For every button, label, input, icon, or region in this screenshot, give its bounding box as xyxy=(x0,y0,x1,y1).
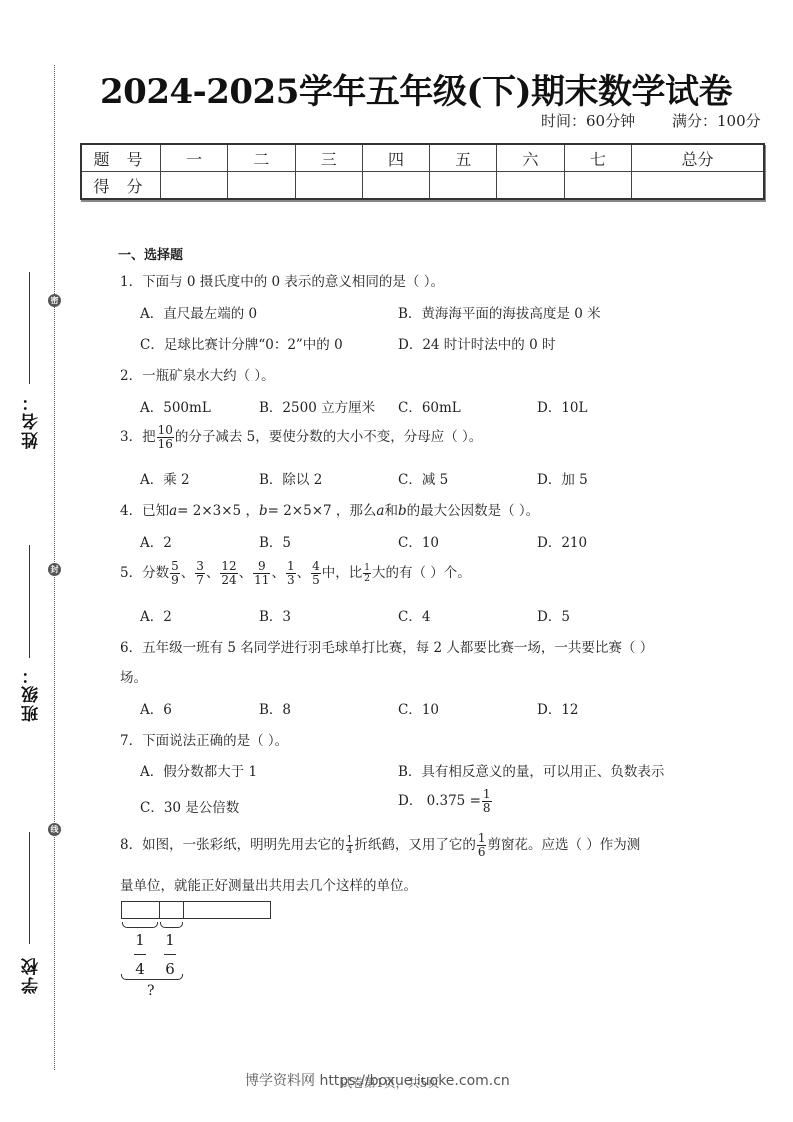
col-header-2: 二 xyxy=(228,144,295,172)
numerator: 1 xyxy=(135,931,145,949)
numerator: 5 xyxy=(170,560,180,574)
question-1-option-b: B．黄海海平面的海拔高度是 0 米 xyxy=(398,302,601,322)
question-3-option-b: B．除以 2 xyxy=(259,468,322,488)
fraction: 911 xyxy=(253,560,270,587)
fraction: 12 xyxy=(363,563,371,584)
row-label-score: 得 分 xyxy=(81,172,161,200)
strip-divider xyxy=(183,902,184,918)
seal-mi-icon: 密 xyxy=(48,294,61,307)
exam-time: 时间：60分钟 xyxy=(541,110,635,131)
brace-quarter xyxy=(122,922,158,928)
score-cell-2[interactable] xyxy=(228,172,295,200)
text: 和 xyxy=(384,503,398,519)
fraction-bar xyxy=(164,954,176,955)
denominator: 16 xyxy=(157,438,174,451)
question-5-option-c: C．4 xyxy=(398,605,430,625)
numerator: 1 xyxy=(477,832,487,846)
col-header-5: 五 xyxy=(430,144,497,172)
question-3-stem-post: 的分子减去 5，要使分数的大小不变，分母应（ ）。 xyxy=(175,429,482,445)
col-header-1: 一 xyxy=(161,144,228,172)
question-7-option-a: A．假分数都大于 1 xyxy=(140,760,257,780)
page-number: 试卷第1页，共5页 xyxy=(340,1074,439,1091)
denominator: 2 xyxy=(363,574,371,584)
numerator: 12 xyxy=(220,560,237,574)
question-4-stem: 4．已知a= 2×3×5 ，b= 2×5×7 ，那么a和b的最大公因数是（ ）。 xyxy=(120,499,539,519)
variable-b: b xyxy=(398,503,407,519)
question-7-option-c: C．30 是公倍数 xyxy=(140,796,239,816)
question-2-option-b: B．2500 立方厘米 xyxy=(259,396,375,416)
figure-total-unknown: ? xyxy=(147,983,155,999)
denominator: 5 xyxy=(311,574,321,587)
fraction: 1224 xyxy=(220,560,237,587)
exam-full-score: 满分：100分 xyxy=(672,110,761,131)
question-3-option-c: C．减 5 xyxy=(398,468,448,488)
question-6-option-b: B．8 xyxy=(259,698,291,718)
numerator: 3 xyxy=(195,560,205,574)
fraction: 37 xyxy=(195,560,205,587)
text: 大的有（ ）个。 xyxy=(372,565,471,581)
numerator: 1 xyxy=(286,560,296,574)
numerator: 1 xyxy=(346,835,354,846)
variable-a: a xyxy=(169,503,177,519)
score-table-header-row: 题 号 一 二 三 四 五 六 七 总分 xyxy=(81,144,764,172)
question-1-option-a: A．直尺最左端的 0 xyxy=(140,302,257,322)
question-4-option-d: D．210 xyxy=(537,531,587,551)
col-header-total: 总分 xyxy=(631,144,764,172)
question-6-option-d: D．12 xyxy=(537,698,579,718)
name-label: 姓名： xyxy=(19,392,41,449)
text: 5．分数 xyxy=(120,565,169,581)
expression: 0.375 = xyxy=(427,793,481,809)
question-5-option-b: B．3 xyxy=(259,605,291,625)
seal-xian-icon: 线 xyxy=(48,823,61,836)
score-table-score-row: 得 分 xyxy=(81,172,764,200)
question-6-stem: 6．五年级一班有 5 名同学进行羽毛球单打比赛，每 2 人都要比赛一场，一共要比… xyxy=(120,636,653,656)
fraction: 45 xyxy=(311,560,321,587)
strip-divider xyxy=(159,902,160,918)
text: 的最大公因数是（ ）。 xyxy=(407,503,540,519)
score-cell-6[interactable] xyxy=(497,172,564,200)
score-table: 题 号 一 二 三 四 五 六 七 总分 得 分 xyxy=(80,143,765,200)
separator: 、 xyxy=(239,565,253,581)
numerator: 1 xyxy=(363,563,371,574)
question-1-option-d: D．24 时计时法中的 0 时 xyxy=(398,333,555,353)
text: 8．如图，一张彩纸，明明先用去它的 xyxy=(120,837,345,853)
school-label: 学校 xyxy=(19,956,41,994)
class-label: 班级： xyxy=(19,665,41,722)
fraction: 14 xyxy=(346,835,354,856)
col-header-6: 六 xyxy=(497,144,564,172)
text: = 2×5×7 ，那么 xyxy=(268,503,377,519)
school-underline[interactable] xyxy=(29,832,30,944)
fraction: 16 xyxy=(477,832,487,859)
question-1-option-c: C．足球比赛计分牌“0：2”中的 0 xyxy=(140,333,343,353)
question-5-option-d: D．5 xyxy=(537,605,570,625)
denominator: 6 xyxy=(477,846,487,859)
text: 剪窗花。应选（ ）作为测 xyxy=(487,837,640,853)
question-6-option-a: A．6 xyxy=(140,698,172,718)
denominator: 4 xyxy=(346,846,354,856)
row-label-question-number: 题 号 xyxy=(81,144,161,172)
question-2-stem: 2．一瓶矿泉水大约（ ）。 xyxy=(120,364,275,384)
question-8-stem: 8．如图，一张彩纸，明明先用去它的14折纸鹤，又用了它的16剪窗花。应选（ ）作… xyxy=(120,832,640,859)
question-2-option-a: A．500mL xyxy=(140,396,211,416)
question-4-option-a: A．2 xyxy=(140,531,172,551)
question-5-stem: 5．分数59、37、1224、911、13、45中，比12大的有（ ）个。 xyxy=(120,560,471,587)
question-2-option-d: D．10L xyxy=(537,396,587,416)
score-cell-5[interactable] xyxy=(430,172,497,200)
fraction-bar xyxy=(134,954,146,955)
question-4-option-b: B．5 xyxy=(259,531,291,551)
score-cell-3[interactable] xyxy=(295,172,362,200)
denominator: 11 xyxy=(253,574,270,587)
col-header-7: 七 xyxy=(564,144,631,172)
brace-sixth xyxy=(160,922,183,928)
question-3-stem-pre: 3．把 xyxy=(120,429,156,445)
figure-fraction-quarter: 1 4 xyxy=(130,930,150,979)
numerator: 9 xyxy=(253,560,270,574)
variable-b: b xyxy=(259,503,268,519)
separator: 、 xyxy=(297,565,311,581)
section-title: 一、选择题 xyxy=(118,244,183,263)
question-3-option-d: D．加 5 xyxy=(537,468,588,488)
denominator: 8 xyxy=(482,802,492,815)
question-3-stem: 3．把1016的分子减去 5，要使分数的大小不变，分母应（ ）。 xyxy=(120,424,482,451)
denominator: 3 xyxy=(286,574,296,587)
numerator: 1 xyxy=(165,931,175,949)
text: = 2×3×5 ， xyxy=(177,503,259,519)
class-underline[interactable] xyxy=(29,545,30,658)
denominator: 9 xyxy=(170,574,180,587)
seal-feng-icon: 封 xyxy=(48,563,61,576)
question-3-option-a: A．乘 2 xyxy=(140,468,190,488)
question-6-option-c: C．10 xyxy=(398,698,439,718)
name-underline[interactable] xyxy=(29,272,30,384)
separator: 、 xyxy=(181,565,195,581)
separator: 、 xyxy=(206,565,220,581)
col-header-4: 四 xyxy=(362,144,429,172)
question-6-stem-line2: 场。 xyxy=(120,666,147,686)
text: 4．已知 xyxy=(120,503,169,519)
question-7-option-b: B．具有相反意义的量，可以用正、负数表示 xyxy=(398,760,664,780)
denominator: 7 xyxy=(195,574,205,587)
question-5-option-a: A．2 xyxy=(140,605,172,625)
question-4-option-c: C．10 xyxy=(398,531,439,551)
denominator: 24 xyxy=(220,574,237,587)
brace-total xyxy=(121,974,183,980)
fraction: 18 xyxy=(482,788,492,815)
score-cell-total[interactable] xyxy=(631,172,764,200)
col-header-3: 三 xyxy=(295,144,362,172)
numerator: 4 xyxy=(311,560,321,574)
question-7-stem: 7．下面说法正确的是（ ）。 xyxy=(120,729,288,749)
question-7-option-d: D． 0.375 =18 xyxy=(398,788,493,815)
text: 中，比 xyxy=(322,565,363,581)
score-cell-1[interactable] xyxy=(161,172,228,200)
fraction: 13 xyxy=(286,560,296,587)
option-label: D． xyxy=(398,793,422,809)
text: 折纸鹤，又用了它的 xyxy=(354,837,476,853)
question-1-stem: 1．下面与 0 摄氏度中的 0 表示的意义相同的是（ ）。 xyxy=(120,270,444,290)
separator: 、 xyxy=(271,565,285,581)
fraction: 59 xyxy=(170,560,180,587)
numerator: 10 xyxy=(157,424,174,438)
question-8-stem-line2: 量单位，就能正好测量出共用去几个这样的单位。 xyxy=(120,874,417,894)
score-cell-7[interactable] xyxy=(564,172,631,200)
figure-fraction-sixth: 1 6 xyxy=(160,930,180,979)
numerator: 1 xyxy=(482,788,492,802)
question-2-option-c: C．60mL xyxy=(398,396,461,416)
page-title: 2024-2025学年五年级(下)期末数学试卷 xyxy=(100,64,750,113)
paper-strip xyxy=(121,901,271,919)
score-cell-4[interactable] xyxy=(362,172,429,200)
fraction: 1016 xyxy=(157,424,174,451)
